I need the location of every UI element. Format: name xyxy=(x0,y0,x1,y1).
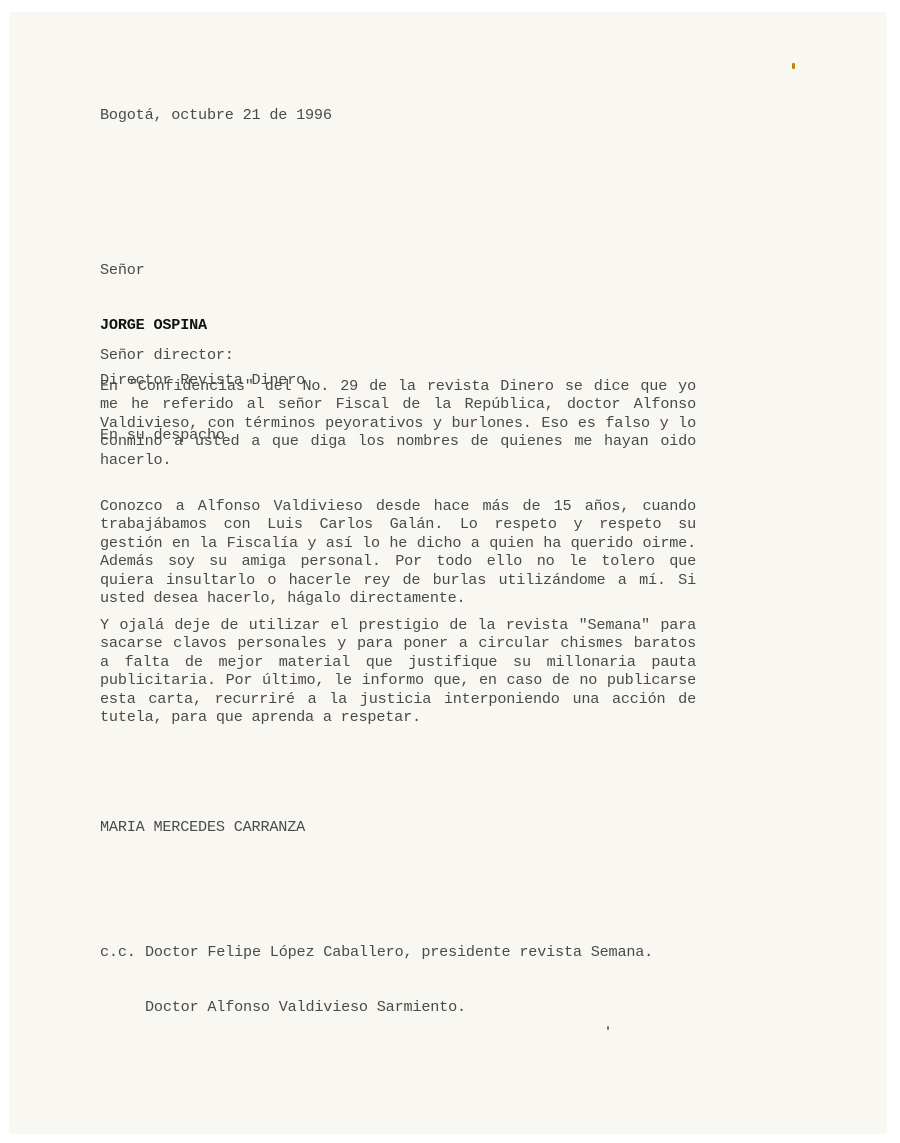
body-paragraph: Y ojalá deje de utilizar el prestigio de… xyxy=(100,616,696,726)
recipient-name: JORGE OSPINA xyxy=(100,316,305,334)
cc-recipient: Doctor Felipe López Caballero, president… xyxy=(145,943,653,961)
cc-prefix: c.c. xyxy=(100,943,145,961)
paper-speck xyxy=(792,63,795,69)
recipient-title: Señor xyxy=(100,261,305,279)
cc-recipient: Doctor Alfonso Valdivieso Sarmiento. xyxy=(145,998,466,1016)
signature: MARIA MERCEDES CARRANZA xyxy=(100,818,305,836)
letter-date: Bogotá, octubre 21 de 1996 xyxy=(100,106,332,124)
salutation: Señor director: xyxy=(100,346,234,364)
body-paragraph: En "Confidencias" del No. 29 de la revis… xyxy=(100,377,696,469)
carbon-copy-block: c.c. Doctor Felipe López Caballero, pres… xyxy=(100,906,653,1035)
cc-indent xyxy=(100,998,145,1016)
body-paragraph: Conozco a Alfonso Valdivieso desde hace … xyxy=(100,497,696,607)
